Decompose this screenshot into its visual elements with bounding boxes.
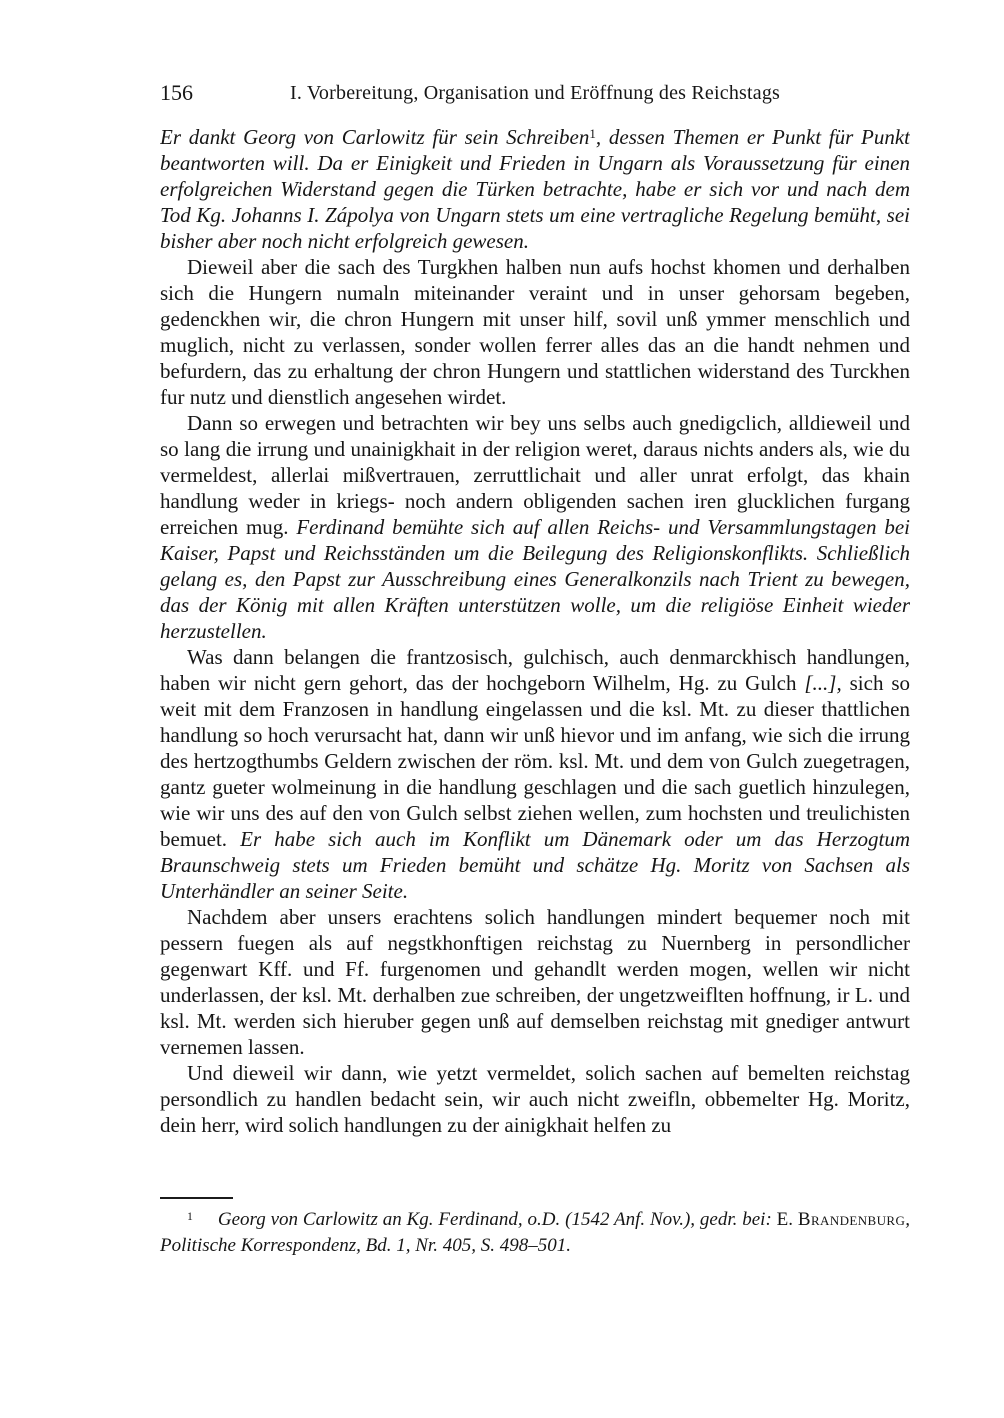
footnote-rule xyxy=(160,1197,233,1199)
text-segment-roman: Was dann belangen die frantzosisch, gulc… xyxy=(160,645,910,695)
body-paragraph: Dann so erwegen und betrachten wir bey u… xyxy=(160,410,910,644)
text-segment-sup: 1 xyxy=(589,126,596,141)
text-segment-italic: Er dankt Georg von Carlowitz für sein Sc… xyxy=(160,125,589,149)
body-paragraph: Nachdem aber unsers erachtens solich han… xyxy=(160,904,910,1060)
page-number: 156 xyxy=(160,80,193,106)
text-segment-roman: E. xyxy=(772,1209,798,1230)
text-segment-italic: Er habe sich auch im Konflikt um Dänemar… xyxy=(160,827,910,903)
footnote-body: Georg von Carlowitz an Kg. Ferdinand, o.… xyxy=(160,1209,910,1256)
text-segment-roman: Und dieweil wir dann, wie yetzt vermelde… xyxy=(160,1061,910,1137)
text-segment-roman: Nachdem aber unsers erachtens solich han… xyxy=(160,905,910,1059)
running-header-title: I. Vorbereitung, Organisation und Eröffn… xyxy=(160,80,910,106)
body-paragraph: Und dieweil wir dann, wie yetzt vermelde… xyxy=(160,1060,910,1138)
text-segment-italic: [...], xyxy=(804,671,841,695)
text-segment-roman: sich so weit mit dem Franzosen in handlu… xyxy=(160,671,910,851)
body-paragraph: Was dann belangen die frantzosisch, gulc… xyxy=(160,644,910,904)
running-head: 156 I. Vorbereitung, Organisation und Er… xyxy=(160,80,910,108)
footnote-block: 1Georg von Carlowitz an Kg. Ferdinand, o… xyxy=(160,1197,910,1259)
text-segment-italic: Georg von Carlowitz an Kg. Ferdinand, o.… xyxy=(218,1209,772,1230)
book-page: 156 I. Vorbereitung, Organisation und Er… xyxy=(0,0,1004,1418)
footnote: 1Georg von Carlowitz an Kg. Ferdinand, o… xyxy=(160,1207,910,1259)
text-segment-roman: Dieweil aber die sach des Turgkhen halbe… xyxy=(160,255,910,409)
text-segment-smallcaps: Brandenburg xyxy=(798,1209,905,1230)
body-paragraph: Er dankt Georg von Carlowitz für sein Sc… xyxy=(160,124,910,254)
body-text: Er dankt Georg von Carlowitz für sein Sc… xyxy=(160,124,910,1186)
body-paragraph: Dieweil aber die sach des Turgkhen halbe… xyxy=(160,254,910,410)
footnote-marker: 1 xyxy=(187,1210,193,1223)
